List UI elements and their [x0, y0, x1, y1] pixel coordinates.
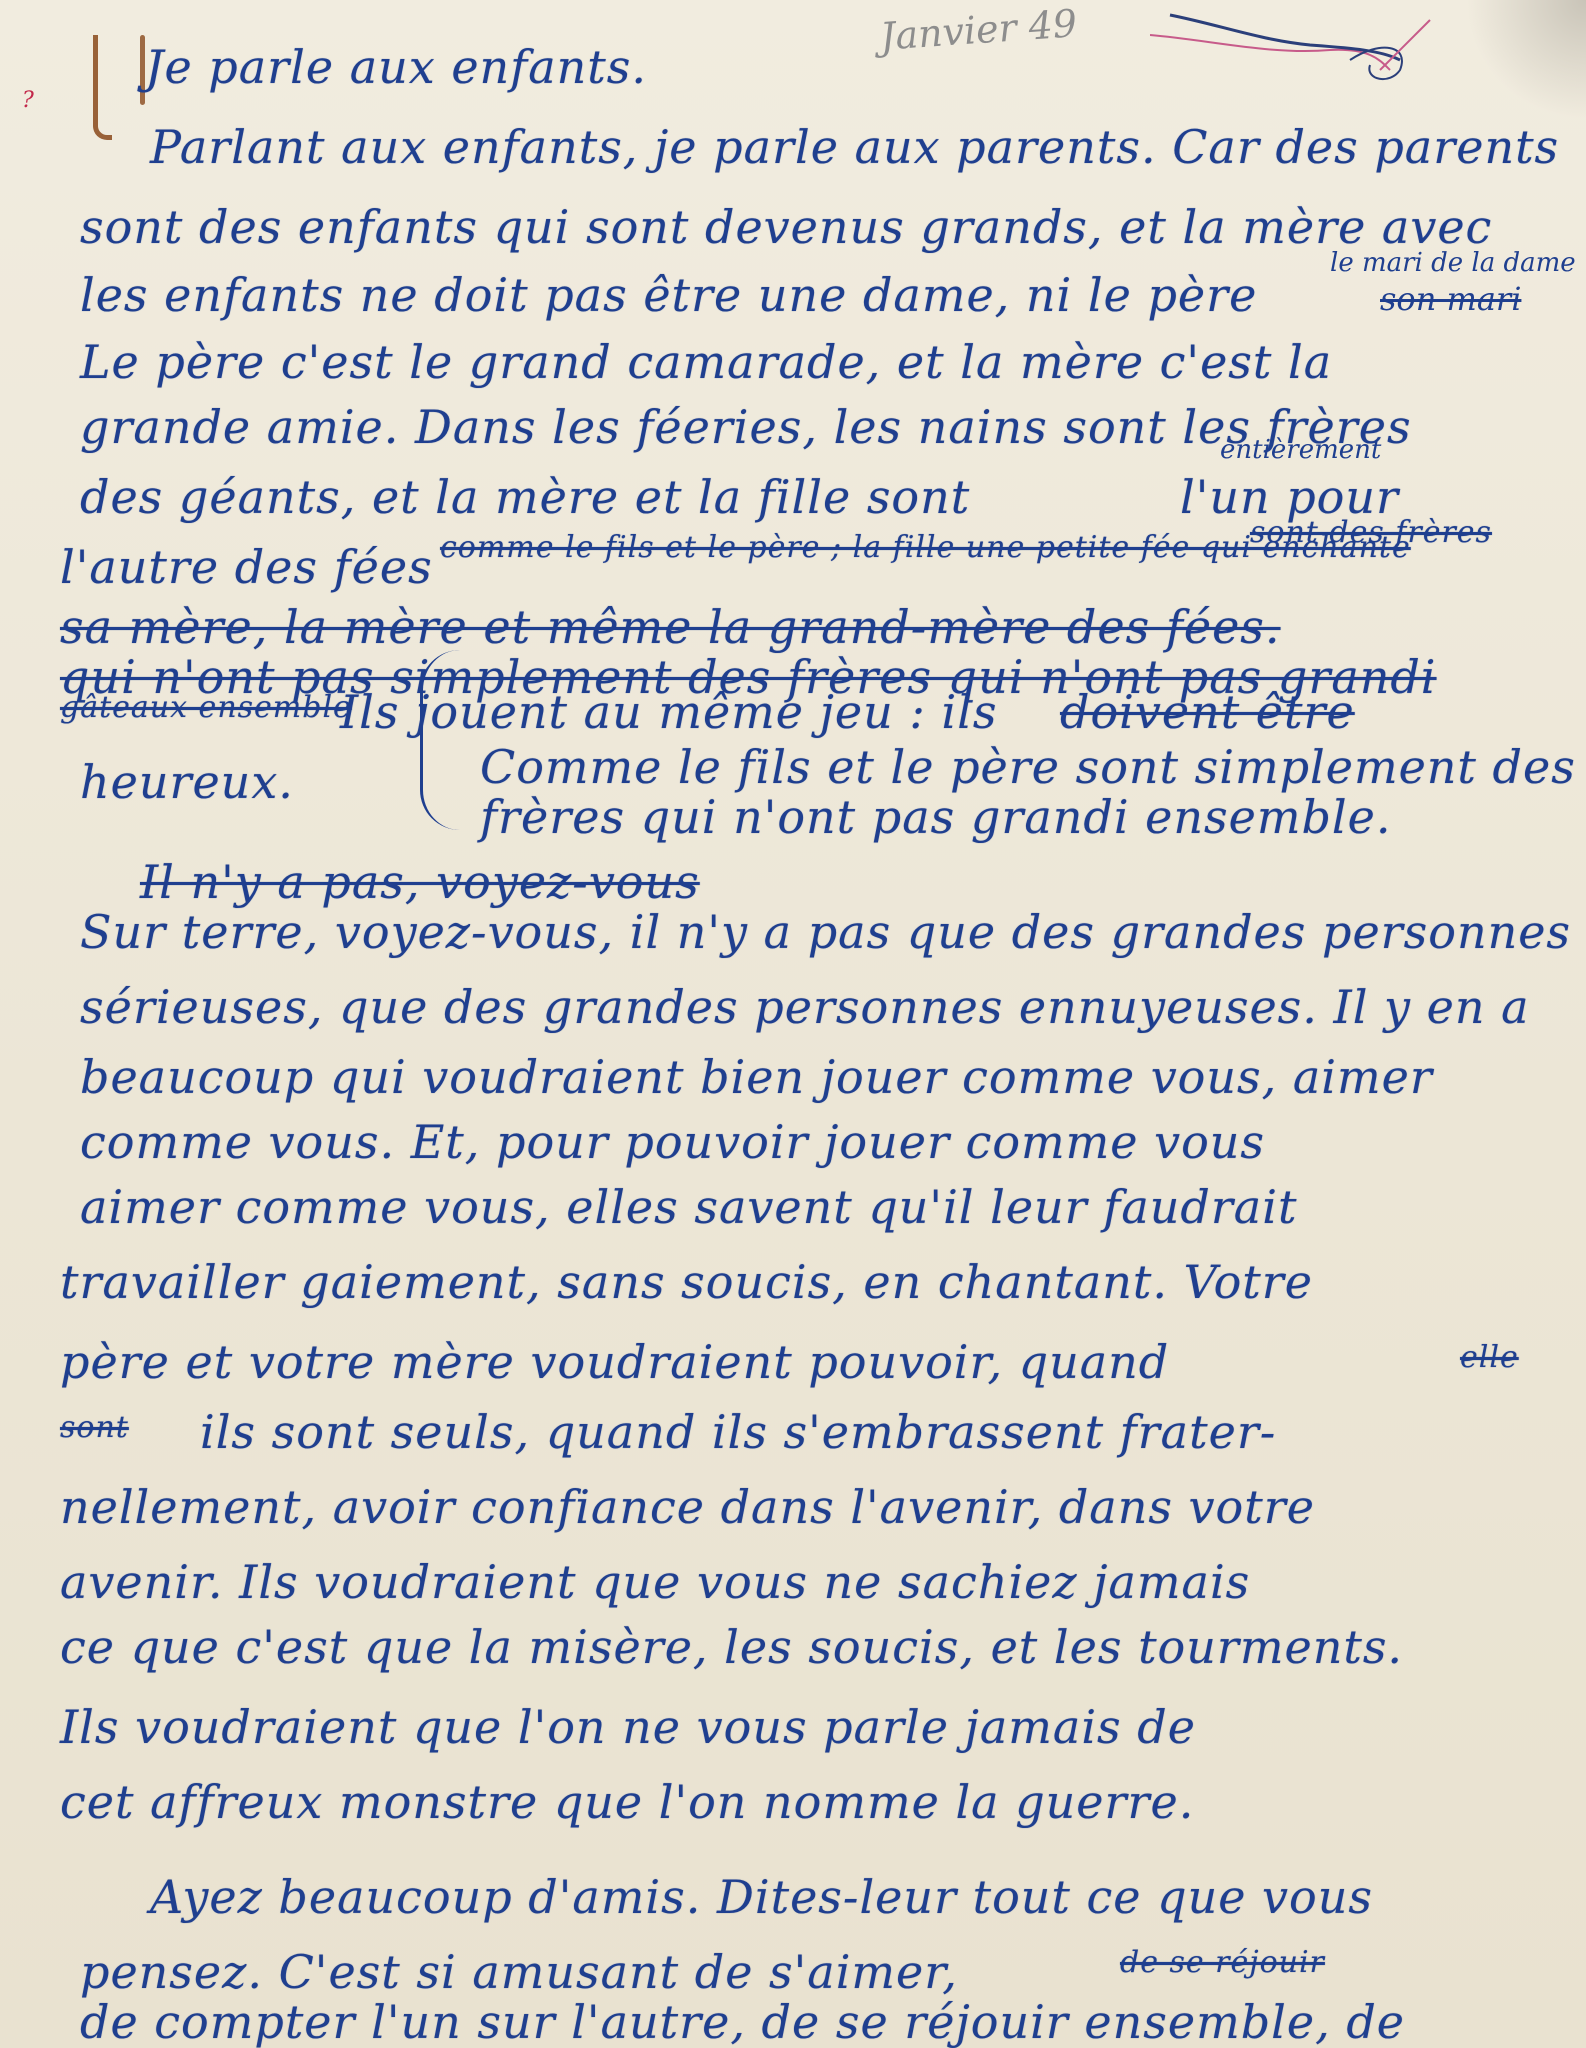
manuscript-line: ils sont seuls, quand ils s'embrassent f… — [200, 1405, 1276, 1459]
struck-text: comme le fils et le père ; la fille une … — [440, 530, 1411, 565]
insertion-text: le mari de la dame — [1330, 248, 1576, 278]
manuscript-line: frères qui n'ont pas grandi ensemble. — [480, 790, 1391, 844]
manuscript-line: des géants, et la mère et la fille sont — [80, 470, 970, 524]
manuscript-line: Le père c'est le grand camarade, et la m… — [80, 335, 1332, 389]
manuscript-line: grande amie. Dans les féeries, les nains… — [80, 400, 1412, 454]
insertion-text: entièrement — [1220, 435, 1381, 465]
page-corner-shadow — [1466, 0, 1586, 120]
manuscript-line: Sur terre, voyez-vous, il n'y a pas que … — [80, 905, 1571, 959]
manuscript-line-struck: Il n'y a pas, voyez-vous — [140, 855, 700, 909]
struck-text: sont — [60, 1410, 129, 1445]
manuscript-line: les enfants ne doit pas être une dame, n… — [80, 268, 1257, 322]
manuscript-line: Comme le fils et le père sont simplement… — [480, 740, 1576, 794]
insertion-bracket — [420, 650, 463, 830]
manuscript-line: avenir. Ils voudraient que vous ne sachi… — [60, 1555, 1250, 1609]
manuscript-line: l'autre des fées — [60, 540, 433, 594]
manuscript-line: père et votre mère voudraient pouvoir, q… — [60, 1335, 1169, 1389]
manuscript-line: de compter l'un sur l'autre, de se réjou… — [80, 1995, 1405, 2048]
struck-text: gâteaux ensemble — [60, 690, 352, 725]
margin-brown-bracket — [93, 35, 112, 140]
manuscript-line: travailler gaiement, sans soucis, en cha… — [60, 1255, 1313, 1309]
struck-text: elle — [1460, 1340, 1519, 1375]
manuscript-line: ce que c'est que la misère, les soucis, … — [60, 1620, 1403, 1674]
manuscript-line: sérieuses, que des grandes personnes enn… — [80, 980, 1530, 1034]
manuscript-line: cet affreux monstre que l'on nomme la gu… — [60, 1775, 1194, 1829]
struck-text: son mari — [1380, 280, 1521, 318]
manuscript-line: sont des enfants qui sont devenus grands… — [80, 200, 1492, 254]
margin-red-mark: ? — [22, 88, 34, 113]
manuscript-line: Ils voudraient que l'on ne vous parle ja… — [60, 1700, 1196, 1754]
manuscript-line-struck: sa mère, la mère et même la grand-mère d… — [60, 600, 1281, 654]
manuscript-line: Parlant aux enfants, je parle aux parent… — [150, 120, 1559, 174]
manuscript-line: beaucoup qui voudraient bien jouer comme… — [80, 1050, 1433, 1104]
manuscript-line: pensez. C'est si amusant de s'aimer, — [80, 1945, 958, 1999]
manuscript-line: aimer comme vous, elles savent qu'il leu… — [80, 1180, 1297, 1234]
manuscript-title: Je parle aux enfants. — [145, 40, 647, 94]
signature-scribble — [1150, 10, 1450, 90]
struck-text: doivent être — [1060, 685, 1355, 739]
manuscript-line: Ayez beaucoup d'amis. Dites-leur tout ce… — [150, 1870, 1373, 1924]
manuscript-line: nellement, avoir confiance dans l'avenir… — [60, 1480, 1315, 1534]
struck-text: de se réjouir — [1120, 1945, 1325, 1980]
manuscript-line: comme vous. Et, pour pouvoir jouer comme… — [80, 1115, 1265, 1169]
manuscript-line: heureux. — [80, 755, 294, 809]
